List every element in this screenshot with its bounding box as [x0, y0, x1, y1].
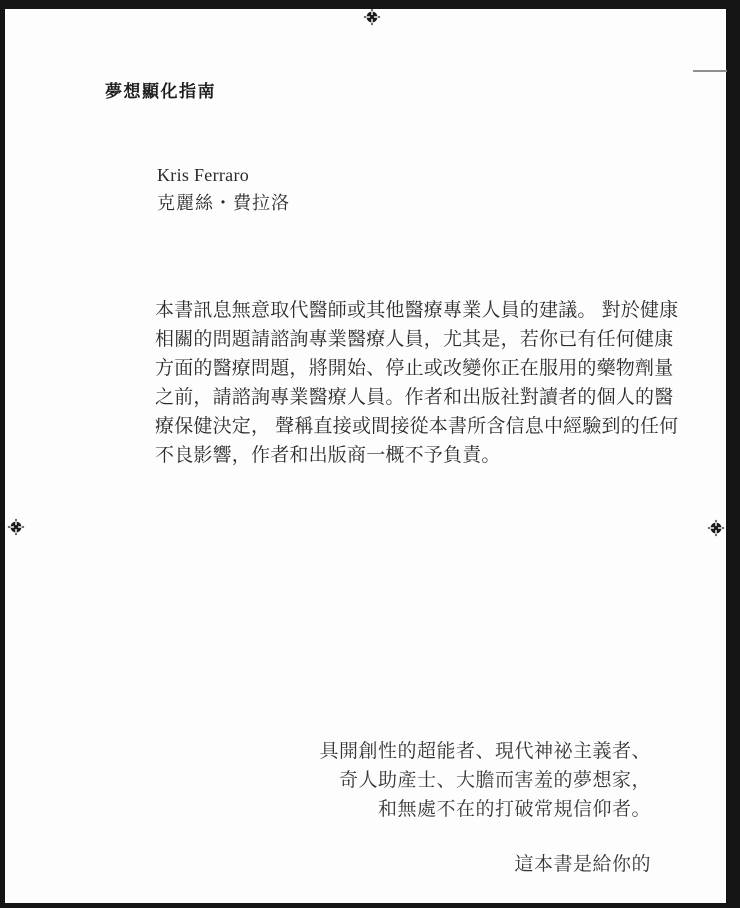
dedication-line: 和無處不在的打破常規信仰者。 — [319, 795, 651, 824]
disclaimer-line: 方面的醫療問題，將開始、停止或改變你正在服用的藥物劑量 — [155, 354, 685, 383]
scanned-page-background: 夢想顯化指南 Kris Ferraro 克麗絲・費拉洛 本書訊息無意取代醫師或其… — [0, 0, 740, 908]
disclaimer-line: 療保健決定， 聲稱直接或間接從本書所含信息中經驗到的任何 — [155, 412, 685, 441]
disclaimer-line: 之前，請諮詢專業醫療人員。作者和出版社對讀者的個人的醫 — [155, 383, 685, 412]
registration-mark-icon — [363, 8, 381, 26]
registration-mark-icon — [7, 518, 25, 536]
author-name-english: Kris Ferraro — [157, 161, 290, 189]
disclaimer-line: 相關的問題請諮詢專業醫療人員，尤其是，若你已有任何健康 — [155, 325, 685, 354]
book-title: 夢想顯化指南 — [105, 77, 216, 102]
trim-mark — [693, 70, 727, 72]
dedication-line: 具開創性的超能者、現代神祕主義者、 — [319, 737, 651, 766]
dedication-line: 奇人助產士、大膽而害羞的夢想家， — [319, 766, 651, 795]
author-name-chinese: 克麗絲・費拉洛 — [157, 189, 290, 218]
medical-disclaimer-paragraph: 本書訊息無意取代醫師或其他醫療專業人員的建議。 對於健康 相關的問題請諮詢專業醫… — [155, 296, 685, 470]
author-block: Kris Ferraro 克麗絲・費拉洛 — [157, 161, 290, 218]
registration-mark-icon — [707, 519, 725, 537]
disclaimer-line: 不良影響，作者和出版商一概不予負責。 — [155, 441, 685, 470]
dedication-paragraph: 具開創性的超能者、現代神祕主義者、 奇人助產士、大膽而害羞的夢想家， 和無處不在… — [319, 737, 651, 824]
disclaimer-line: 本書訊息無意取代醫師或其他醫療專業人員的建議。 對於健康 — [155, 296, 685, 325]
dedication-closing-line: 這本書是給你的 — [514, 849, 651, 876]
book-page: 夢想顯化指南 Kris Ferraro 克麗絲・費拉洛 本書訊息無意取代醫師或其… — [5, 9, 726, 903]
